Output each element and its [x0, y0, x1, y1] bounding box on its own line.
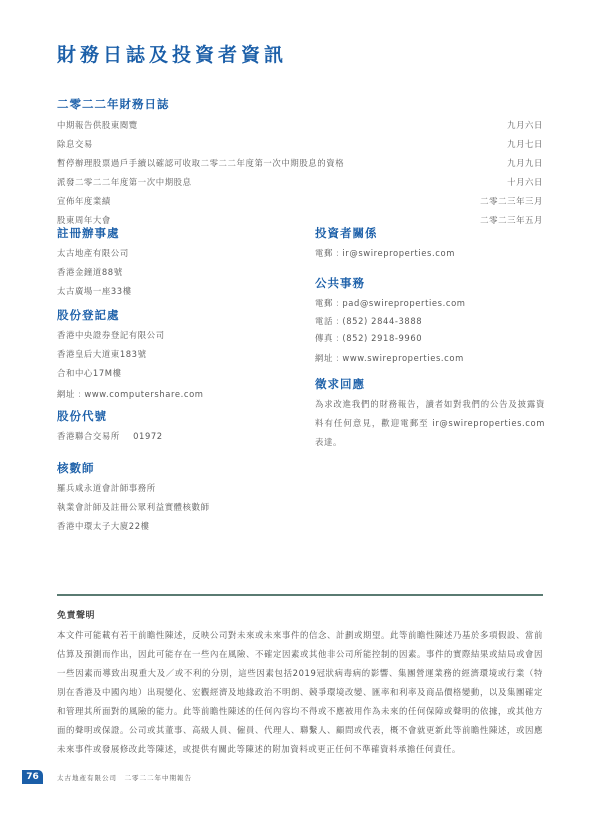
- calendar-event: 除息交易: [57, 135, 93, 154]
- disclaimer-text: 本文件可能載有若干前瞻性陳述，反映公司對未來或未來事件的信念、計劃或期望。此等前…: [57, 626, 543, 759]
- calendar-row: 暫停辦理股票過戶手續以確認可收取二零二二年度第一次中期股息的資格 九月九日: [57, 154, 543, 173]
- investor-relations-heading: 投資者關係: [315, 225, 545, 241]
- website-label: 網址: [57, 385, 75, 404]
- website-label: 網址: [315, 353, 333, 363]
- auditors-heading: 核數師: [57, 460, 297, 476]
- auditor-line: 香港中環太子大廈22樓: [57, 517, 297, 536]
- website-link[interactable]: www.computershare.com: [84, 389, 203, 399]
- registered-office: 註冊辦事處 太古地產有限公司 香港金鐘道88號 太古廣場一座33樓: [57, 225, 297, 301]
- email-line: 電郵:ir@swireproperties.com: [315, 244, 545, 263]
- email-link[interactable]: ir@swireproperties.com: [342, 248, 455, 258]
- email-line: 電郵:pad@swireproperties.com: [315, 294, 545, 313]
- calendar-row: 派發二零二二年度第一次中期股息 十月六日: [57, 173, 543, 192]
- registered-office-heading: 註冊辦事處: [57, 225, 297, 241]
- address-line: 合和中心17M樓: [57, 364, 297, 383]
- calendar-event: 暫停辦理股票過戶手續以確認可收取二零二二年度第一次中期股息的資格: [57, 154, 344, 173]
- website-line: 網址:www.swireproperties.com: [315, 349, 545, 368]
- fax-label: 傳真: [315, 333, 333, 343]
- fax-line: 傳真:(852) 2918-9960: [315, 330, 545, 347]
- fax-value: (852) 2918-9960: [342, 333, 422, 343]
- calendar-event: 宣佈年度業績: [57, 192, 111, 211]
- auditor-line: 執業會計師及註冊公眾利益實體核數師: [57, 498, 297, 517]
- disclaimer: 免責聲明 本文件可能載有若干前瞻性陳述，反映公司對未來或未來事件的信念、計劃或期…: [57, 608, 543, 759]
- public-affairs: 公共事務 電郵:pad@swireproperties.com 電話:(852)…: [315, 275, 545, 368]
- page-footer: 76 太古地產有限公司 二零二二年中期報告: [22, 770, 192, 784]
- financial-calendar: 二零二二年財務日誌 中期報告供股東閱覽 九月六日 除息交易 九月七日 暫停辦理股…: [57, 96, 543, 230]
- stock-code-heading: 股份代號: [57, 408, 297, 424]
- calendar-event: 派發二零二二年度第一次中期股息: [57, 173, 192, 192]
- investor-relations: 投資者關係 電郵:ir@swireproperties.com: [315, 225, 545, 263]
- website-link[interactable]: www.swireproperties.com: [342, 353, 463, 363]
- address-line: 香港皇后大道東183號: [57, 345, 297, 364]
- calendar-date: 九月六日: [507, 116, 543, 135]
- stock-code-value: 01972: [133, 431, 163, 441]
- section-divider: [57, 594, 543, 596]
- address-line: 香港中央證券登記有限公司: [57, 326, 297, 345]
- share-registrar: 股份登記處 香港中央證券登記有限公司 香港皇后大道東183號 合和中心17M樓 …: [57, 307, 297, 404]
- stock-code: 股份代號 香港聯合交易所 01972: [57, 408, 297, 446]
- calendar-date: 九月七日: [507, 135, 543, 154]
- page-title: 財務日誌及投資者資訊: [57, 40, 287, 67]
- website-line: 網址:www.computershare.com: [57, 385, 297, 404]
- phone-label: 電話: [315, 316, 333, 326]
- page-number: 76: [22, 770, 43, 784]
- calendar-date: 十月六日: [507, 173, 543, 192]
- feedback-text: 為求改進我們的財務報告，讀者如對我們的公告及披露資料有任何意見，歡迎電郵至 ir…: [315, 395, 545, 452]
- email-link[interactable]: pad@swireproperties.com: [342, 298, 465, 308]
- calendar-row: 中期報告供股東閱覽 九月六日: [57, 116, 543, 135]
- calendar-event: 中期報告供股東閱覽: [57, 116, 138, 135]
- disclaimer-title: 免責聲明: [57, 608, 543, 621]
- address-line: 太古地產有限公司: [57, 244, 297, 263]
- auditor-line: 羅兵咸永道會計師事務所: [57, 479, 297, 498]
- feedback-heading: 徵求回應: [315, 376, 545, 392]
- calendar-heading: 二零二二年財務日誌: [57, 96, 543, 112]
- footer-text: 太古地產有限公司 二零二二年中期報告: [57, 773, 192, 782]
- auditors: 核數師 羅兵咸永道會計師事務所 執業會計師及註冊公眾利益實體核數師 香港中環太子…: [57, 460, 297, 536]
- phone-line: 電話:(852) 2844-3888: [315, 313, 545, 330]
- calendar-row: 除息交易 九月七日: [57, 135, 543, 154]
- calendar-date: 九月九日: [507, 154, 543, 173]
- exchange-name: 香港聯合交易所: [57, 431, 120, 441]
- email-label: 電郵: [315, 248, 333, 258]
- feedback: 徵求回應 為求改進我們的財務報告，讀者如對我們的公告及披露資料有任何意見，歡迎電…: [315, 376, 545, 452]
- public-affairs-heading: 公共事務: [315, 275, 545, 291]
- address-line: 香港金鐘道88號: [57, 263, 297, 282]
- address-line: 太古廣場一座33樓: [57, 282, 297, 301]
- stock-code-line: 香港聯合交易所 01972: [57, 427, 297, 446]
- phone-value: (852) 2844-3888: [342, 316, 422, 326]
- calendar-row: 宣佈年度業績 二零二三年三月: [57, 192, 543, 211]
- email-label: 電郵: [315, 298, 333, 308]
- calendar-date: 二零二三年三月: [480, 192, 543, 211]
- share-registrar-heading: 股份登記處: [57, 307, 297, 323]
